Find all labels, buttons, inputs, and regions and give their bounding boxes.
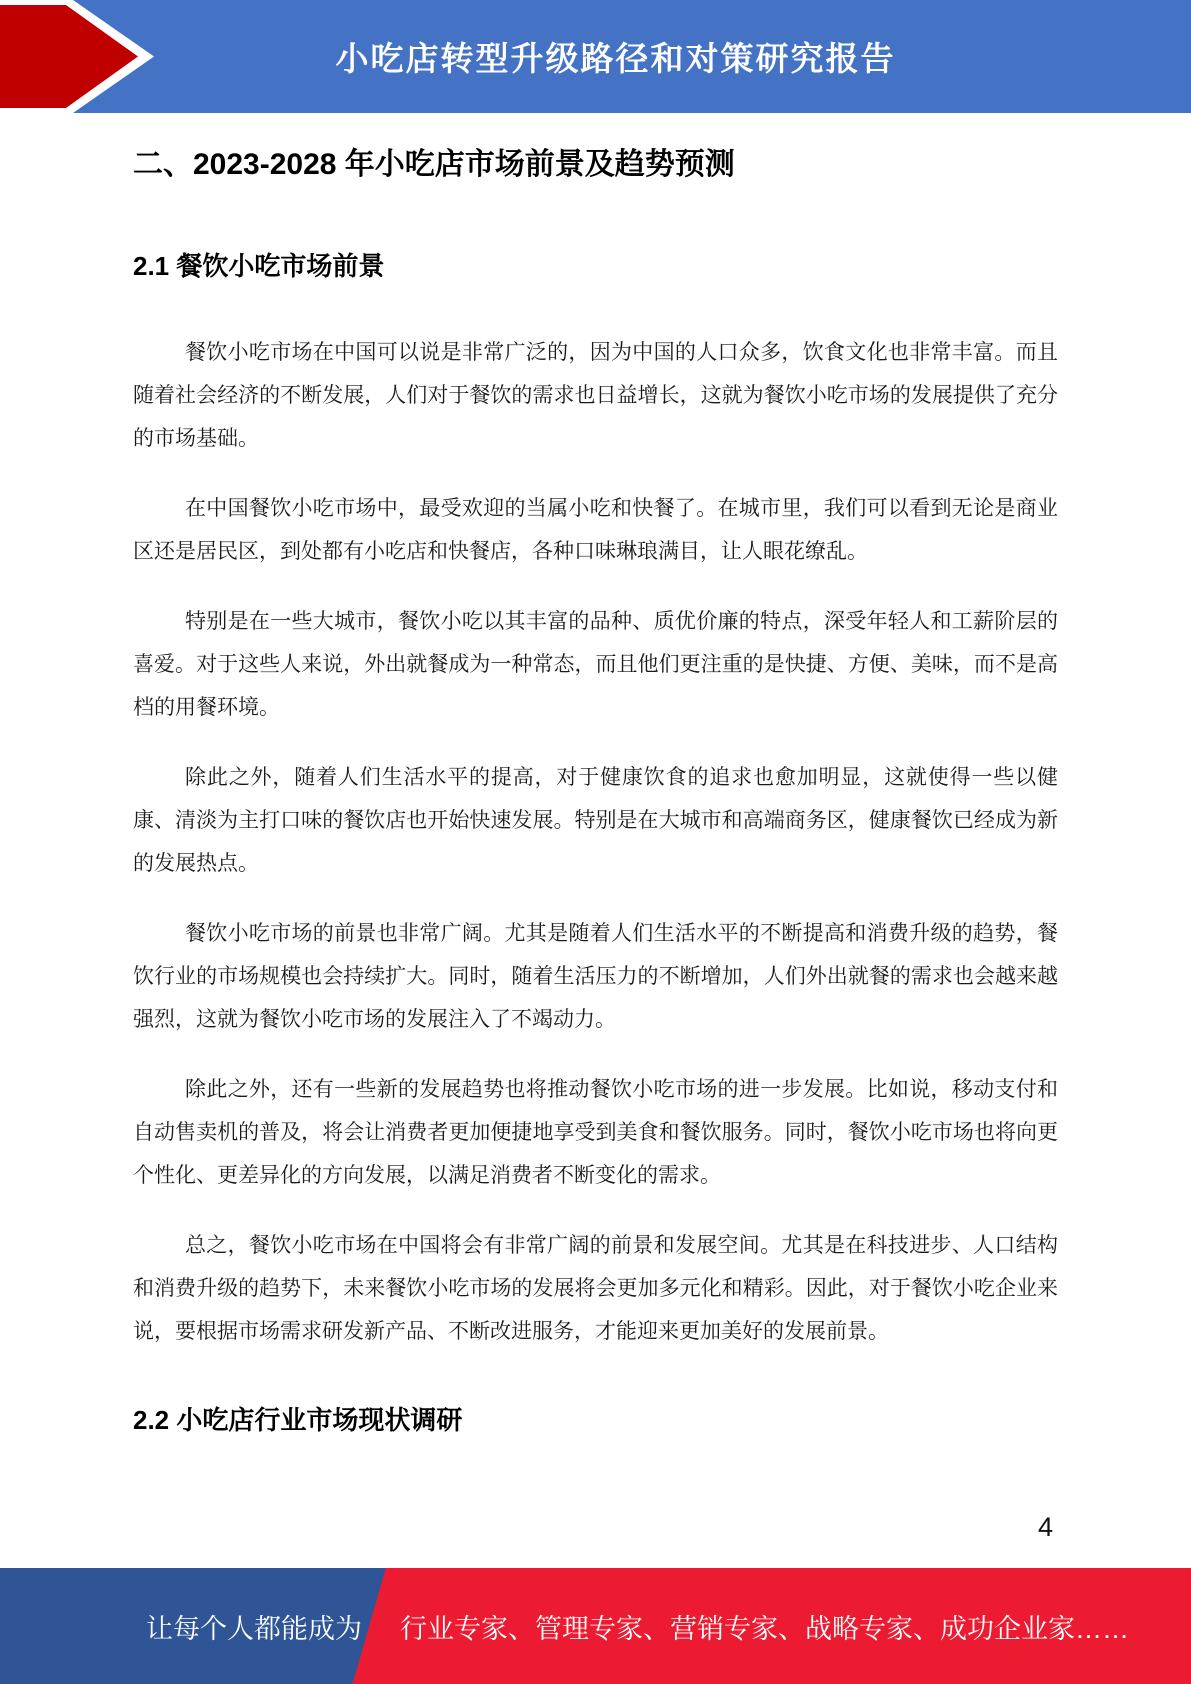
footer-banner: 让每个人都能成为 行业专家、管理专家、营销专家、战略专家、成功企业家…… — [0, 1568, 1191, 1684]
content-area: 二、2023-2028 年小吃店市场前景及趋势预测 2.1 餐饮小吃市场前景 餐… — [133, 145, 1058, 1437]
section-heading: 二、2023-2028 年小吃店市场前景及趋势预测 — [133, 145, 1058, 185]
paragraph: 总之，餐饮小吃市场在中国将会有非常广阔的前景和发展空间。尤其是在科技进步、人口结… — [133, 1224, 1058, 1353]
paragraph-block: 餐饮小吃市场在中国可以说是非常广泛的，因为中国的人口众多，饮食文化也非常丰富。而… — [133, 331, 1058, 1353]
paragraph: 餐饮小吃市场在中国可以说是非常广泛的，因为中国的人口众多，饮食文化也非常丰富。而… — [133, 331, 1058, 460]
paragraph: 餐饮小吃市场的前景也非常广阔。尤其是随着人们生活水平的不断提高和消费升级的趋势，… — [133, 912, 1058, 1041]
paragraph: 除此之外，还有一些新的发展趋势也将推动餐饮小吃市场的进一步发展。比如说，移动支付… — [133, 1068, 1058, 1197]
paragraph: 除此之外，随着人们生活水平的提高，对于健康饮食的追求也愈加明显，这就使得一些以健… — [133, 756, 1058, 885]
subsection-heading-2-2: 2.2 小吃店行业市场现状调研 — [133, 1403, 1058, 1437]
subsection-heading-2-1: 2.1 餐饮小吃市场前景 — [133, 249, 1058, 283]
red-chevron-icon — [0, 0, 154, 113]
page-number: 4 — [1038, 1512, 1053, 1543]
footer-slogan-right: 行业专家、管理专家、营销专家、战略专家、成功企业家…… — [400, 1568, 1129, 1684]
paragraph: 特别是在一些大城市，餐饮小吃以其丰富的品种、质优价廉的特点，深受年轻人和工薪阶层… — [133, 600, 1058, 729]
footer-slogan-left: 让每个人都能成为 — [146, 1568, 362, 1684]
report-title: 小吃店转型升级路径和对策研究报告 — [296, 33, 896, 80]
header-banner: 小吃店转型升级路径和对策研究报告 — [0, 0, 1191, 113]
report-page: 小吃店转型升级路径和对策研究报告 二、2023-2028 年小吃店市场前景及趋势… — [0, 0, 1191, 1684]
paragraph: 在中国餐饮小吃市场中，最受欢迎的当属小吃和快餐了。在城市里，我们可以看到无论是商… — [133, 487, 1058, 573]
